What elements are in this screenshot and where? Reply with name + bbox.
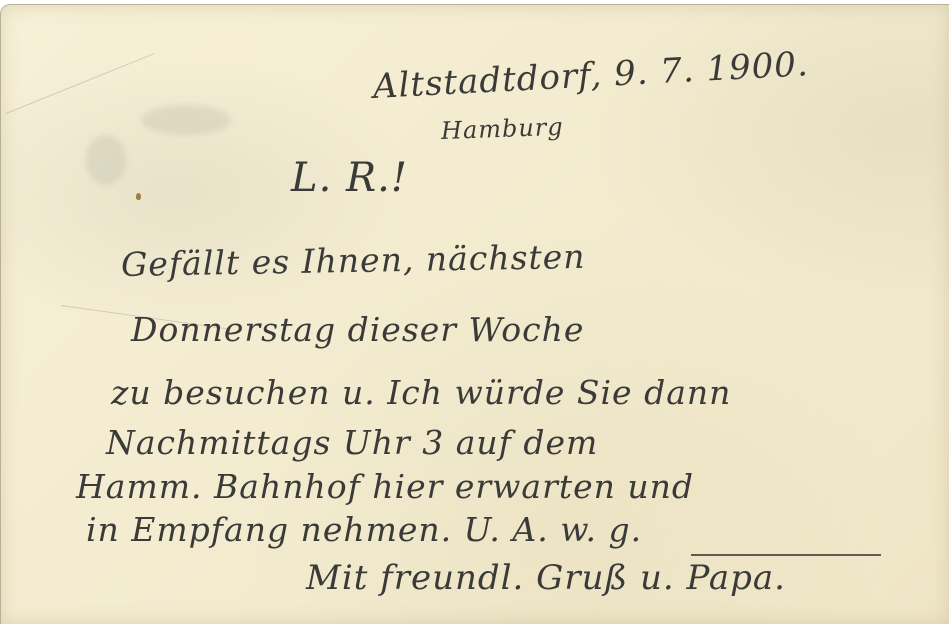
body-line: Gefällt es Ihnen, nächsten — [121, 237, 586, 284]
paper-crease — [6, 53, 155, 114]
paper-smudge — [141, 105, 231, 135]
body-line: in Empfang nehmen. U. A. w. g. — [86, 510, 642, 549]
salutation: L. R.! — [291, 155, 408, 201]
paper-smudge — [86, 135, 126, 185]
closing-line: Mit freundl. Gruß u. Papa. — [306, 558, 786, 598]
ink-spot — [136, 193, 141, 200]
rsvp-underline — [691, 554, 881, 556]
body-line: Hamm. Bahnhof hier erwarten und — [76, 467, 694, 506]
body-line: Nachmittags Uhr 3 auf dem — [106, 423, 598, 462]
body-line: zu besuchen u. Ich würde Sie dann — [111, 373, 731, 412]
city-line: Hamburg — [441, 113, 565, 145]
place-date-line: Altstadtdorf, 9. 7. 1900. — [372, 44, 810, 107]
body-line: Donnerstag dieser Woche — [131, 310, 584, 349]
postcard: Altstadtdorf, 9. 7. 1900. Hamburg L. R.!… — [0, 4, 949, 623]
